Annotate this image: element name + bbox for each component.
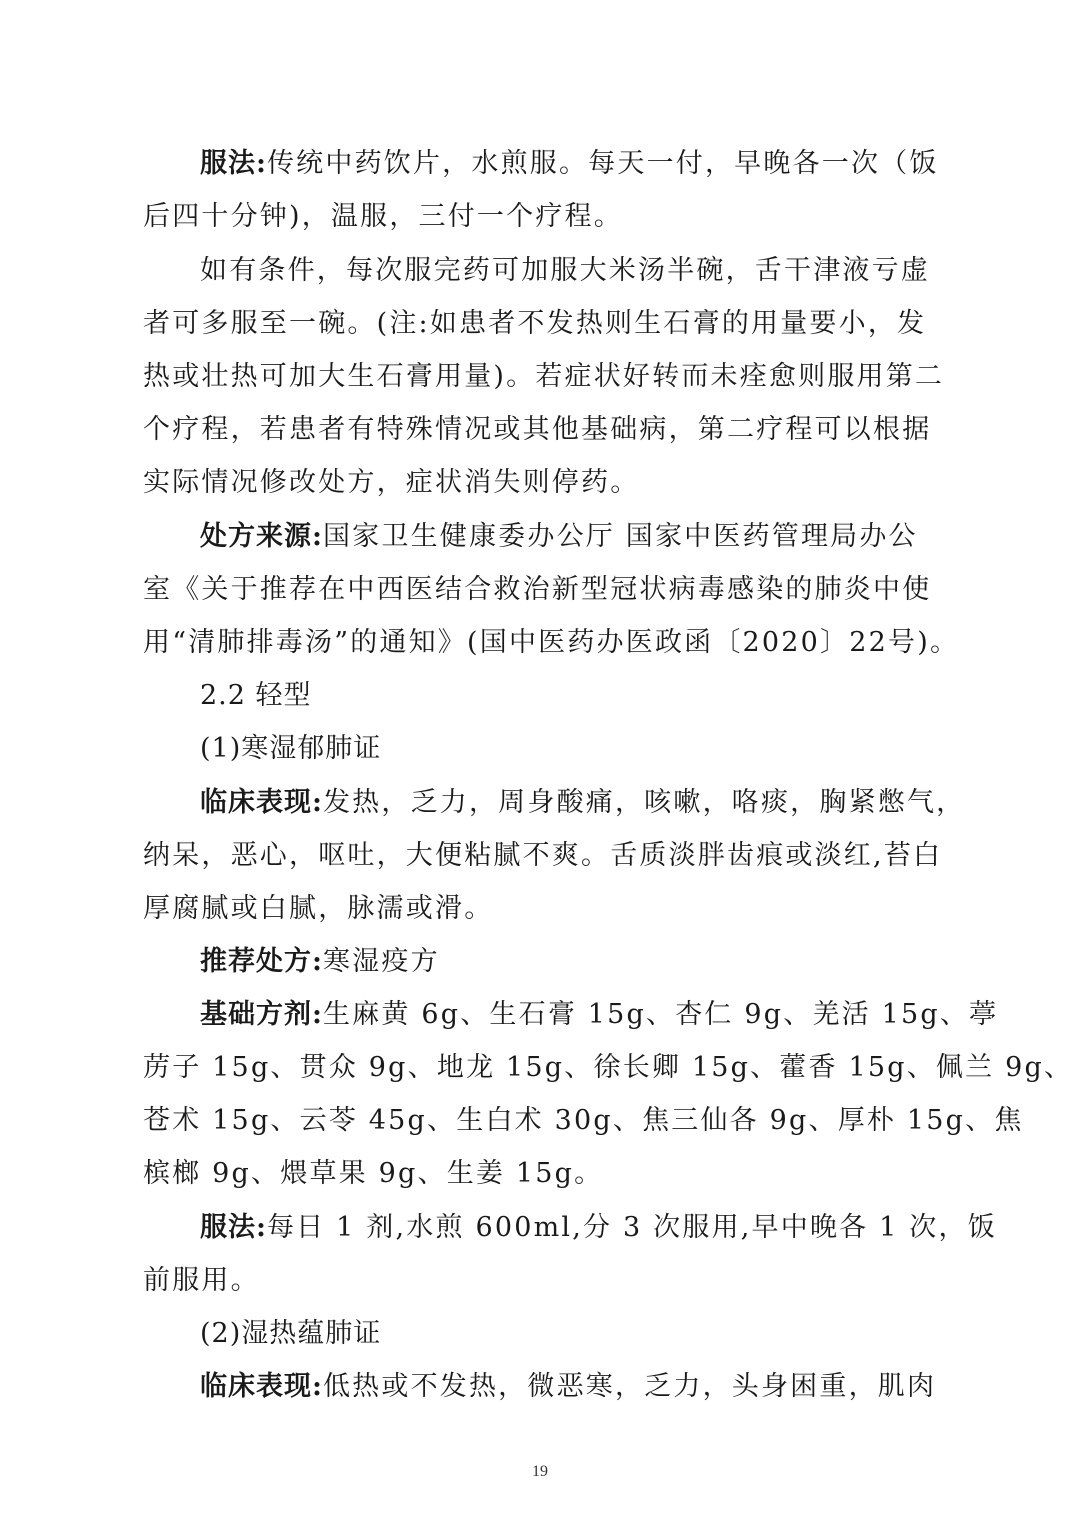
clinical-label: 临床表现: xyxy=(200,1371,323,1402)
paragraph-text: 寒湿疫方 xyxy=(323,946,440,977)
subsection-heading: (1)寒湿郁肺证 xyxy=(200,732,1000,766)
paragraph-text: 发热，乏力，周身酸痛，咳嗽，咯痰，胸紧憋气， xyxy=(323,787,965,818)
paragraph-line: 后四十分钟)，温服，三付一个疗程。 xyxy=(143,200,943,234)
paragraph-line: 处方来源:国家卫生健康委办公厅 国家中医药管理局办公 xyxy=(200,520,1000,554)
paragraph-line: 苈子 15g、贯众 9g、地龙 15g、徐长卿 15g、藿香 15g、佩兰 9g… xyxy=(143,1051,943,1085)
paragraph-line: 基础方剂:生麻黄 6g、生石膏 15g、杏仁 9g、羌活 15g、葶 xyxy=(200,998,1000,1032)
recommend-label: 推荐处方: xyxy=(200,946,323,977)
paragraph-text: 每日 1 剂,水煎 600ml,分 3 次服用,早中晚各 1 次，饭 xyxy=(267,1212,997,1243)
paragraph-line: 苍术 15g、云苓 45g、生白术 30g、焦三仙各 9g、厚朴 15g、焦 xyxy=(143,1104,943,1138)
paragraph-line: 服法:每日 1 剂,水煎 600ml,分 3 次服用,早中晚各 1 次，饭 xyxy=(200,1211,1000,1245)
source-label: 处方来源: xyxy=(200,521,323,552)
paragraph-line: 服法:传统中药饮片，水煎服。每天一付，早晚各一次（饭 xyxy=(200,147,1000,181)
paragraph-line: 槟榔 9g、煨草果 9g、生姜 15g。 xyxy=(143,1157,943,1191)
paragraph-line: 厚腐腻或白腻，脉濡或滑。 xyxy=(143,892,943,926)
paragraph-line: 纳呆，恶心，呕吐，大便粘腻不爽。舌质淡胖齿痕或淡红,苔白 xyxy=(143,839,943,873)
paragraph-line: 个疗程，若患者有特殊情况或其他基础病，第二疗程可以根据 xyxy=(143,413,943,447)
paragraph-line: 临床表现:低热或不发热，微恶寒，乏力，头身困重，肌肉 xyxy=(200,1370,1000,1404)
paragraph-line: 者可多服至一碗。(注:如患者不发热则生石膏的用量要小，发 xyxy=(143,307,943,341)
paragraph-line: 用“清肺排毒汤”的通知》(国中医药办医政函〔2020〕22号)。 xyxy=(143,626,943,660)
paragraph-line: 室《关于推荐在中西医结合救治新型冠状病毒感染的肺炎中使 xyxy=(143,573,943,607)
dosage-label: 服法: xyxy=(200,148,267,179)
formula-label: 基础方剂: xyxy=(200,999,323,1030)
paragraph-line: 热或壮热可加大生石膏用量)。若症状好转而未痊愈则服用第二 xyxy=(143,360,943,394)
dosage-label: 服法: xyxy=(200,1212,267,1243)
subsection-heading: (2)湿热蕴肺证 xyxy=(200,1317,1000,1351)
document-page: 服法:传统中药饮片，水煎服。每天一付，早晚各一次（饭 后四十分钟)，温服，三付一… xyxy=(0,0,1080,1528)
paragraph-line: 如有条件，每次服完药可加服大米汤半碗，舌干津液亏虚 xyxy=(200,254,1000,288)
paragraph-text: 生麻黄 6g、生石膏 15g、杏仁 9g、羌活 15g、葶 xyxy=(323,999,998,1030)
paragraph-line: 临床表现:发热，乏力，周身酸痛，咳嗽，咯痰，胸紧憋气， xyxy=(200,786,1000,820)
paragraph-line: 推荐处方:寒湿疫方 xyxy=(200,945,1000,979)
paragraph-text: 国家卫生健康委办公厅 国家中医药管理局办公 xyxy=(323,521,918,552)
section-heading: 2.2 轻型 xyxy=(200,679,1000,713)
page-number: 19 xyxy=(0,1463,1080,1481)
clinical-label: 临床表现: xyxy=(200,787,323,818)
paragraph-line: 实际情况修改处方，症状消失则停药。 xyxy=(143,466,943,500)
paragraph-text: 传统中药饮片，水煎服。每天一付，早晚各一次（饭 xyxy=(267,148,939,179)
paragraph-line: 前服用。 xyxy=(143,1264,943,1298)
paragraph-text: 低热或不发热，微恶寒，乏力，头身困重，肌肉 xyxy=(323,1371,936,1402)
